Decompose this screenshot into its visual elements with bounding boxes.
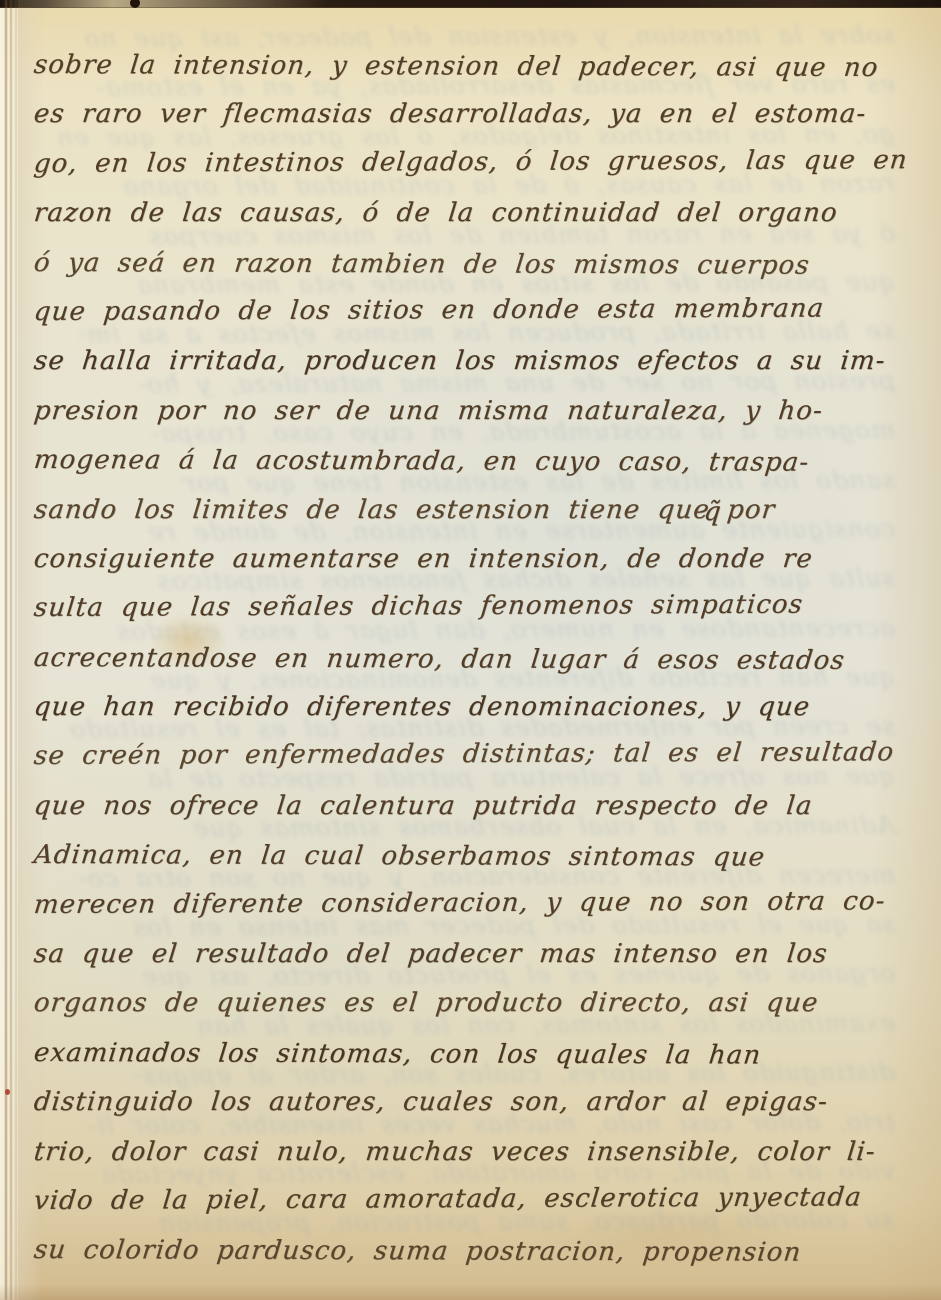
scan-bottom-shade xyxy=(0,1284,941,1300)
text-line: examinados los sintomas, con los quales … xyxy=(31,1028,933,1081)
text-line: mogenea á la acostumbrada, en cuyo caso,… xyxy=(31,435,933,488)
text-line: es raro ver flecmasias desarrolladas, ya… xyxy=(31,89,933,138)
text-line: consiguiente aumentarse en intension, de… xyxy=(31,534,933,583)
text-line: razon de las causas, ó de la continuidad… xyxy=(31,188,933,237)
text-line: su colorido pardusco, suma postracion, p… xyxy=(31,1225,933,1278)
text-line: trio, dolor casi nulo, muchas veces inse… xyxy=(31,1127,933,1176)
manuscript-text: sobre la intension, y estension del pade… xyxy=(34,40,931,1275)
text-line: merecen diferente consideracion, y que n… xyxy=(32,876,934,929)
text-line: se halla irritada, producen los mismos e… xyxy=(31,336,933,385)
text-line: sulta que las señales dichas fenomenos s… xyxy=(32,579,934,632)
text-line: acrecentandose en numero, dan lugar á es… xyxy=(31,633,933,686)
text-line: Adinamica, en la cual obserbamos sintoma… xyxy=(31,830,933,883)
text-line: vido de la piel, cara amoratada, esclero… xyxy=(32,1172,934,1225)
text-line: sobre la intension, y estension del pade… xyxy=(31,40,933,93)
text-line: presion por no ser de una misma naturale… xyxy=(31,386,933,435)
text-line: que han recibido diferentes denominacion… xyxy=(31,682,933,731)
text-line: se creén por enfermedades distintas; tal… xyxy=(32,728,934,781)
text-line: distinguido los autores, cuales son, ard… xyxy=(31,1077,933,1126)
binding-crease xyxy=(5,0,7,1300)
text-line: ó ya seá en razon tambien de los mismos … xyxy=(31,238,933,291)
text-line: que pasando de los sitios en donde esta … xyxy=(32,283,934,336)
manuscript-page: sobre la intension, y estension del pade… xyxy=(0,0,941,1300)
binding-crease xyxy=(10,0,12,1300)
binding-crease xyxy=(15,0,17,1300)
scan-top-edge xyxy=(0,0,941,8)
text-line: organos de quienes es el producto direct… xyxy=(31,978,933,1027)
red-fleck xyxy=(5,1089,10,1095)
text-line: sando los limites de las estension tiene… xyxy=(31,485,933,534)
interlinear-insertion: q̃ xyxy=(702,497,722,527)
text-line: sa que el resultado del padecer mas inte… xyxy=(31,929,933,978)
text-line: go, en los intestinos delgados, ó los gr… xyxy=(32,135,934,188)
text-line: que nos ofrece la calentura putrida resp… xyxy=(31,781,933,830)
